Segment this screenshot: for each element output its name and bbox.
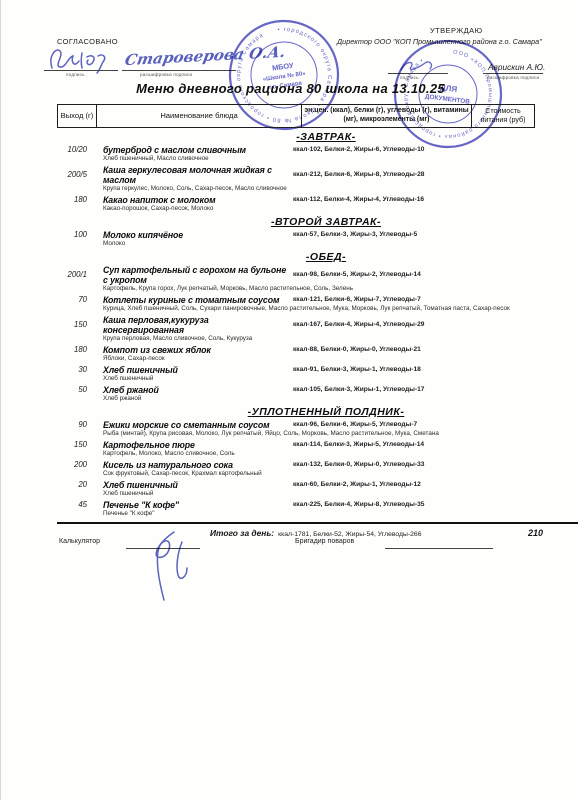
dish-name: Картофельное пюре: [91, 440, 291, 450]
table-body: -ЗАВТРАК- 10/20 бутерброд с маслом сливо…: [57, 131, 535, 518]
col-header-portion: Выход (г): [58, 105, 96, 127]
menu-item: 30 Хлеб пшеничный ккал-91, Белки-3, Жиры…: [57, 365, 535, 383]
brigadier-label: Бригадир поваров: [295, 538, 354, 545]
nutrition-values: ккал-112, Белки-4, Жиры-4, Углеводы-16: [291, 196, 477, 204]
menu-item: 45 Печенье "К кофе" ккал-225, Белки-4, Ж…: [57, 500, 535, 518]
dish-name: Хлеб пшеничный: [91, 365, 291, 375]
nutrition-values: ккал-96, Белки-6, Жиры-5, Углеводы-7: [291, 421, 477, 429]
ingredients-list: Какао-порошок, Сахар-песок, Молоко: [103, 205, 545, 213]
portion-value: 200/5: [57, 170, 91, 179]
ingredients-list: Крупа перловая, Масло сливочное, Соль, К…: [103, 335, 545, 343]
agreed-name-line: [122, 70, 236, 71]
dish-name: бутерброд с маслом сливочным: [91, 145, 291, 155]
school-stamp-line3: г.о. Самара: [269, 81, 303, 92]
ingredients-list: Молоко: [103, 240, 545, 248]
agreed-name-caption: расшифровка подписи: [140, 72, 192, 77]
portion-value: 45: [57, 500, 91, 509]
ingredients-list: Курица, Хлеб пшеничный, Соль, Сухари пан…: [103, 305, 545, 313]
menu-item: 150 Картофельное пюре ккал-114, Белки-3,…: [57, 440, 535, 458]
nutrition-values: ккал-60, Белки-2, Жиры-1, Углеводы-12: [291, 481, 477, 489]
calculator-signature: [134, 524, 210, 610]
nutrition-values: ккал-102, Белки-2, Жиры-6, Углеводы-10: [291, 146, 477, 154]
col-header-cost: Стоимость питания (руб): [471, 105, 534, 127]
dish-name: Ежики морские со сметанным соусом: [91, 420, 291, 430]
ingredients-list: Хлеб пшеничный: [103, 375, 545, 383]
menu-item: 180 Какао напиток с молоком ккал-112, Бе…: [57, 195, 535, 213]
portion-value: 30: [57, 365, 91, 374]
daily-total-nutrition: ккал-1781, Белки-52, Жиры-54, Углеводы-2…: [278, 531, 421, 538]
portion-value: 10/20: [57, 145, 91, 154]
menu-item: 10/20 бутерброд с маслом сливочным ккал-…: [57, 145, 535, 163]
dish-name: Хлеб ржаной: [91, 385, 291, 395]
ingredients-list: Сок фруктовый, Сахар-песок, Крахмал карт…: [103, 470, 545, 478]
menu-item: 100 Молоко кипячёное ккал-57, Белки-3, Ж…: [57, 230, 535, 248]
agreed-sign-caption: подпись: [66, 72, 85, 77]
menu-item: 50 Хлеб ржаной ккал-105, Белки-3, Жиры-1…: [57, 385, 535, 403]
menu-item: 180 Компот из свежих яблок ккал-88, Белк…: [57, 345, 535, 363]
ingredients-list: Крупа геркулес, Молоко, Соль, Сахар-песо…: [103, 185, 545, 193]
nutrition-values: ккал-91, Белки-3, Жиры-1, Углеводы-18: [291, 366, 477, 374]
portion-value: 90: [57, 420, 91, 429]
dish-name: Каша геркулесовая молочная жидкая с масл…: [91, 165, 291, 185]
menu-item: 90 Ежики морские со сметанным соусом кка…: [57, 420, 535, 438]
nutrition-values: ккал-132, Белки-0, Жиры-0, Углеводы-33: [291, 461, 477, 469]
nutrition-values: ккал-57, Белки-3, Жиры-3, Углеводы-5: [291, 231, 477, 239]
nutrition-values: ккал-88, Белки-0, Жиры-0, Углеводы-21: [291, 346, 477, 354]
dish-name: Печенье "К кофе": [91, 500, 291, 510]
ingredients-list: Хлеб пшеничный, Масло сливочное: [103, 155, 545, 163]
ingredients-list: Хлеб ржаной: [103, 395, 545, 403]
menu-item: 20 Хлеб пшеничный ккал-60, Белки-2, Жиры…: [57, 480, 535, 498]
dish-name: Кисель из натурального сока: [91, 460, 291, 470]
menu-item: 200/5 Каша геркулесовая молочная жидкая …: [57, 165, 535, 193]
dish-name: Суп картофельный с горохом на бульоне с …: [91, 265, 291, 285]
daily-total-label: Итого за день:: [210, 528, 274, 538]
col-header-dish: Наименование блюда: [96, 105, 301, 127]
section-header-label: -ВТОРОЙ ЗАВТРАК-: [271, 216, 381, 228]
table-header-row: Выход (г) Наименование блюда эн.цен. (кк…: [57, 104, 535, 128]
dish-name: Молоко кипячёное: [91, 230, 291, 240]
director-stamp-line1: ДЛЯ: [440, 83, 458, 94]
calculator-label: Калькулятор: [59, 538, 100, 545]
ingredients-list: Рыба (минтай), Крупа рисовая, Молоко, Лу…: [103, 430, 545, 438]
nutrition-values: ккал-105, Белки-3, Жиры-1, Углеводы-17: [291, 386, 477, 394]
portion-value: 20: [57, 480, 91, 489]
ingredients-list: Печенье "К кофе": [103, 510, 545, 518]
portion-value: 200: [57, 460, 91, 469]
daily-total-cost: 210: [528, 528, 543, 538]
ingredients-list: Картофель, Крупа горох, Лук репчатый, Мо…: [103, 285, 545, 293]
scan-edge-artifact: [0, 0, 1, 800]
portion-value: 150: [57, 440, 91, 449]
nutrition-values: ккал-121, Белки-6, Жиры-7, Углеводы-7: [291, 296, 477, 304]
scanned-menu-document: СОГЛАСОВАНО подпись Староверова О.А. рас…: [0, 0, 581, 800]
nutrition-values: ккал-225, Белки-4, Жиры-8, Углеводы-35: [291, 501, 477, 509]
portion-value: 70: [57, 295, 91, 304]
portion-value: 150: [57, 320, 91, 329]
school-stamp-line1: МБОУ: [271, 61, 294, 73]
portion-value: 100: [57, 230, 91, 239]
section-header-label: -ОБЕД-: [306, 251, 346, 263]
nutrition-values: ккал-167, Белки-4, Жиры-4, Углеводы-29: [291, 321, 477, 329]
portion-value: 180: [57, 345, 91, 354]
ingredients-list: Хлеб пшеничный: [103, 490, 545, 498]
dish-name: Какао напиток с молоком: [91, 195, 291, 205]
agreed-sign-line: [44, 70, 118, 71]
section-header-second-breakfast: -ВТОРОЙ ЗАВТРАК-: [117, 216, 535, 228]
ingredients-list: Картофель, Молоко, Масло сливочное, Соль: [103, 450, 545, 458]
nutrition-values: ккал-98, Белки-5, Жиры-2, Углеводы-14: [291, 271, 477, 279]
nutrition-values: ккал-114, Белки-3, Жиры-5, Углеводы-14: [291, 441, 477, 449]
section-header-breakfast: -ЗАВТРАК-: [117, 131, 535, 143]
menu-item: 150 Каша перловая,кукуруза консервирован…: [57, 315, 535, 343]
menu-item: 200/1 Суп картофельный с горохом на буль…: [57, 265, 535, 293]
section-header-label: -УПЛОТНЕННЫЙ ПОЛДНИК-: [248, 406, 405, 418]
menu-item: 70 Котлеты куриные с томатным соусом кка…: [57, 295, 535, 313]
dish-name: Каша перловая,кукуруза консервированная: [91, 315, 291, 335]
nutrition-values: ккал-212, Белки-6, Жиры-8, Углеводы-28: [291, 171, 477, 179]
menu-item: 200 Кисель из натурального сока ккал-132…: [57, 460, 535, 478]
portion-value: 180: [57, 195, 91, 204]
col-header-nutrition: эн.цен. (ккал), белки (г), углеводы (г),…: [301, 105, 471, 127]
portion-value: 200/1: [57, 270, 91, 279]
brigadier-sign-line: [385, 548, 493, 549]
section-header-lunch: -ОБЕД-: [117, 251, 535, 263]
portion-value: 50: [57, 385, 91, 394]
dish-name: Компот из свежих яблок: [91, 345, 291, 355]
menu-table: Выход (г) Наименование блюда эн.цен. (кк…: [57, 104, 535, 538]
section-header-snack: -УПЛОТНЕННЫЙ ПОЛДНИК-: [117, 406, 535, 418]
dish-name: Хлеб пшеничный: [91, 480, 291, 490]
dish-name: Котлеты куриные с томатным соусом: [91, 295, 291, 305]
ingredients-list: Яблоки, Сахар-песок: [103, 355, 545, 363]
section-header-label: -ЗАВТРАК-: [296, 131, 356, 143]
